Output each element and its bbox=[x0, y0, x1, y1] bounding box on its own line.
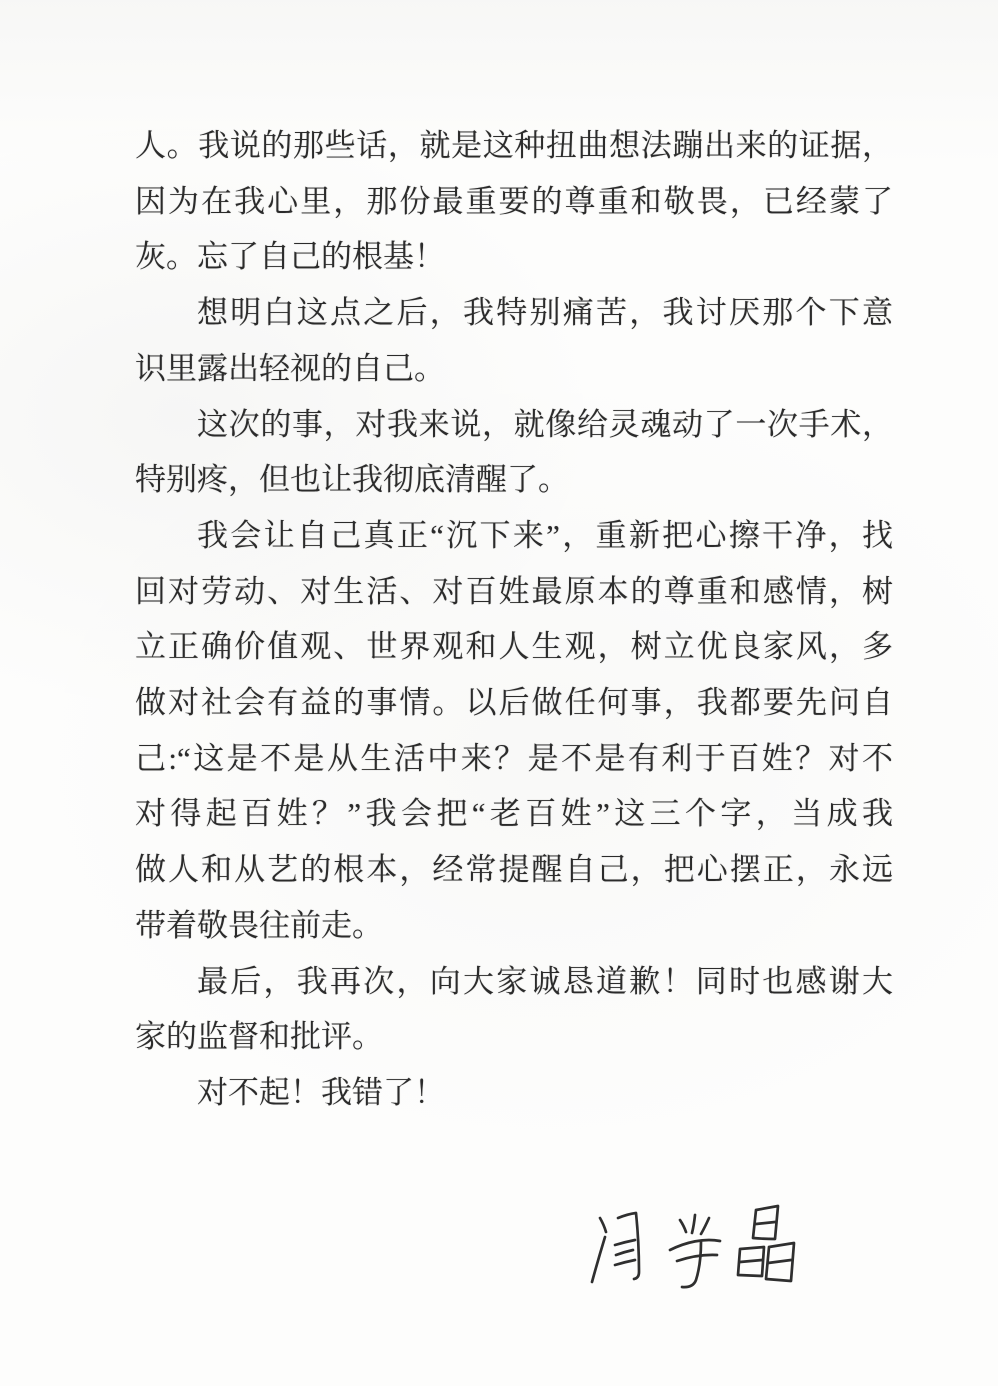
text-line: 特别疼，但也让我彻底清醒了。 bbox=[135, 452, 893, 508]
signature-glyphs bbox=[592, 1206, 794, 1287]
text-line: 这次的事，对我来说，就像给灵魂动了一次手术， bbox=[135, 397, 893, 453]
text-line: 立正确价值观、世界观和人生观，树立优良家风，多 bbox=[135, 619, 893, 675]
text-line: 灰。忘了自己的根基！ bbox=[135, 229, 893, 285]
letter-body: 人。我说的那些话，就是这种扭曲想法蹦出来的证据，因为在我心里，那份最重要的尊重和… bbox=[135, 118, 893, 1121]
text-line: 识里露出轻视的自己。 bbox=[135, 341, 893, 397]
text-line: 人。我说的那些话，就是这种扭曲想法蹦出来的证据， bbox=[135, 118, 893, 174]
text-line: 做对社会有益的事情。以后做任何事，我都要先问自 bbox=[135, 675, 893, 731]
text-line: 家的监督和批评。 bbox=[135, 1009, 893, 1065]
text-line: 对不起！我错了！ bbox=[135, 1065, 893, 1121]
text-line: 做人和从艺的根本，经常提醒自己，把心摆正，永远 bbox=[135, 842, 893, 898]
text-line: 最后，我再次，向大家诚恳道歉！同时也感谢大 bbox=[135, 954, 893, 1010]
text-line: 因为在我心里，那份最重要的尊重和敬畏，已经蒙了 bbox=[135, 174, 893, 230]
signature bbox=[568, 1188, 830, 1310]
text-line: 回对劳动、对生活、对百姓最原本的尊重和感情，树 bbox=[135, 564, 893, 620]
text-line: 想明白这点之后，我特别痛苦，我讨厌那个下意 bbox=[135, 285, 893, 341]
text-line: 己:“这是不是从生活中来？是不是有利于百姓？对不 bbox=[135, 731, 893, 787]
signature-autograph bbox=[568, 1188, 830, 1310]
text-line: 对得起百姓？”我会把“老百姓”这三个字，当成我 bbox=[135, 786, 893, 842]
text-line: 我会让自己真正“沉下来”，重新把心擦干净，找 bbox=[135, 508, 893, 564]
text-line: 带着敬畏往前走。 bbox=[135, 898, 893, 954]
